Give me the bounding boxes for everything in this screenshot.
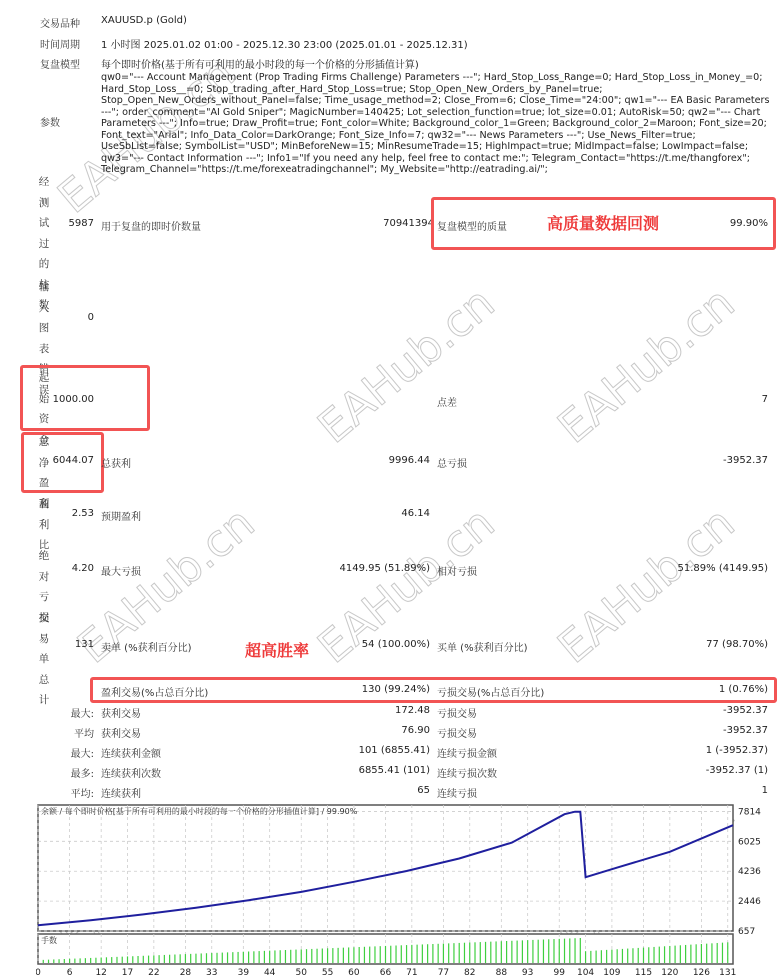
svg-text:99: 99 — [554, 968, 566, 978]
svg-text:12: 12 — [95, 968, 106, 978]
svg-text:82: 82 — [464, 968, 475, 978]
short-trades-value: 54 (100.00%) — [300, 639, 430, 650]
loss-trades-label: 亏损交易(%占总百分比) — [437, 684, 544, 699]
period-value: 1 小时图 2025.01.02 01:00 - 2025.12.30 23:0… — [101, 36, 468, 51]
svg-text:44: 44 — [264, 968, 276, 978]
abs-drawdown-value: 4.20 — [50, 563, 94, 574]
detail-label-2: 连续亏损 — [437, 785, 477, 800]
detail-prefix: 平均: — [50, 785, 94, 800]
detail-prefix: 平均 — [50, 725, 94, 740]
max-drawdown-value: 4149.95 (51.89%) — [300, 563, 430, 574]
bars-value: 5987 — [50, 218, 94, 229]
profit-factor-value: 2.53 — [50, 508, 94, 519]
spread-label: 点差 — [437, 394, 457, 409]
detail-value-2: -3952.37 — [620, 725, 768, 736]
detail-label-2: 亏损交易 — [437, 705, 477, 720]
deposit-highlight-box — [20, 365, 150, 431]
svg-text:657: 657 — [738, 927, 755, 937]
ticks-value: 70941394 — [330, 218, 434, 229]
watermark: EAHub.cn — [309, 278, 505, 454]
expected-payoff-label: 预期盈利 — [101, 508, 141, 523]
long-trades-label: 买单 (%获利百分比) — [437, 639, 527, 654]
symbol-label: 交易品种 — [40, 15, 80, 30]
gross-profit-label: 总获利 — [101, 455, 131, 470]
svg-text:109: 109 — [603, 968, 620, 978]
period-label: 时间周期 — [40, 36, 80, 51]
detail-value-1: 65 — [300, 785, 430, 796]
svg-text:28: 28 — [180, 968, 192, 978]
max-drawdown-label: 最大亏损 — [101, 563, 141, 578]
total-trades-value: 131 — [50, 639, 94, 650]
svg-text:88: 88 — [496, 968, 508, 978]
svg-text:7814: 7814 — [738, 807, 761, 817]
detail-value-1: 6855.41 (101) — [300, 765, 430, 776]
svg-text:6025: 6025 — [738, 837, 761, 847]
winrate-annotation: 超高胜率 — [245, 638, 309, 661]
detail-label-2: 连续亏损金额 — [437, 745, 497, 760]
gross-loss-value: -3952.37 — [660, 455, 768, 466]
net-profit-highlight-box — [21, 432, 104, 493]
svg-text:126: 126 — [693, 968, 710, 978]
svg-text:55: 55 — [322, 968, 333, 978]
svg-text:50: 50 — [296, 968, 308, 978]
detail-value-2: 1 (-3952.37) — [620, 745, 768, 756]
rel-drawdown-label: 相对亏损 — [437, 563, 477, 578]
detail-label-1: 获利交易 — [101, 705, 141, 720]
svg-text:77: 77 — [438, 968, 449, 978]
errors-value: 0 — [50, 312, 94, 323]
svg-text:4236: 4236 — [738, 867, 761, 877]
svg-text:余额 / 每个即时价格[基于所有可利用的最小时段的每一个价格: 余额 / 每个即时价格[基于所有可利用的最小时段的每一个价格的分形插值计算] /… — [41, 806, 358, 816]
params-value: qw0="--- Account Management (Prop Tradin… — [101, 72, 771, 176]
ticks-label: 用于复盘的即时价数量 — [101, 218, 201, 233]
gross-profit-value: 9996.44 — [330, 455, 430, 466]
svg-text:131: 131 — [719, 968, 736, 978]
long-trades-value: 77 (98.70%) — [620, 639, 768, 650]
expected-payoff-value: 46.14 — [330, 508, 430, 519]
svg-text:120: 120 — [661, 968, 678, 978]
detail-label-1: 连续获利 — [101, 785, 141, 800]
model-value: 每个即时价格(基于所有可利用的最小时段的每一个价格的分形插值计算) — [101, 56, 419, 71]
detail-label-1: 获利交易 — [101, 725, 141, 740]
svg-text:手数: 手数 — [41, 935, 57, 945]
rel-drawdown-value: 51.89% (4149.95) — [620, 563, 768, 574]
detail-label-1: 连续获利次数 — [101, 765, 161, 780]
detail-value-1: 76.90 — [300, 725, 430, 736]
svg-text:66: 66 — [380, 968, 392, 978]
balance-chart: 0612172228333944505560667177828893991041… — [36, 803, 780, 978]
profit-trades-value: 130 (99.24%) — [300, 684, 430, 695]
spread-value: 7 — [680, 394, 768, 405]
svg-text:115: 115 — [635, 968, 652, 978]
detail-prefix: 最大: — [50, 745, 94, 760]
model-label: 复盘模型 — [40, 56, 80, 71]
symbol-value: XAUUSD.p (Gold) — [101, 15, 187, 26]
total-trades-label: 交易单总计 — [37, 608, 51, 711]
detail-value-2: -3952.37 — [620, 705, 768, 716]
svg-text:71: 71 — [406, 968, 417, 978]
svg-text:33: 33 — [206, 968, 217, 978]
detail-value-1: 101 (6855.41) — [300, 745, 430, 756]
gross-loss-label: 总亏损 — [437, 455, 467, 470]
detail-value-2: -3952.37 (1) — [620, 765, 768, 776]
svg-text:93: 93 — [522, 968, 533, 978]
svg-text:104: 104 — [577, 968, 594, 978]
profit-trades-label: 盈利交易(%占总百分比) — [101, 684, 208, 699]
detail-value-1: 172.48 — [300, 705, 430, 716]
detail-prefix: 最多: — [50, 765, 94, 780]
svg-text:60: 60 — [348, 968, 360, 978]
detail-label-1: 连续获利金额 — [101, 745, 161, 760]
quality-annotation: 高质量数据回测 — [547, 211, 659, 234]
svg-text:22: 22 — [148, 968, 159, 978]
short-trades-label: 卖单 (%获利百分比) — [101, 639, 191, 654]
svg-text:17: 17 — [122, 968, 133, 978]
params-label: 参数 — [40, 114, 60, 129]
detail-prefix: 最大: — [50, 705, 94, 720]
detail-label-2: 连续亏损次数 — [437, 765, 497, 780]
svg-text:0: 0 — [36, 968, 41, 978]
loss-trades-value: 1 (0.76%) — [620, 684, 768, 695]
svg-text:2446: 2446 — [738, 897, 761, 907]
balance-chart-svg: 0612172228333944505560667177828893991041… — [36, 803, 780, 978]
detail-label-2: 亏损交易 — [437, 725, 477, 740]
svg-text:39: 39 — [238, 968, 250, 978]
svg-text:6: 6 — [67, 968, 73, 978]
watermark: EAHub.cn — [549, 278, 745, 454]
detail-value-2: 1 — [620, 785, 768, 796]
